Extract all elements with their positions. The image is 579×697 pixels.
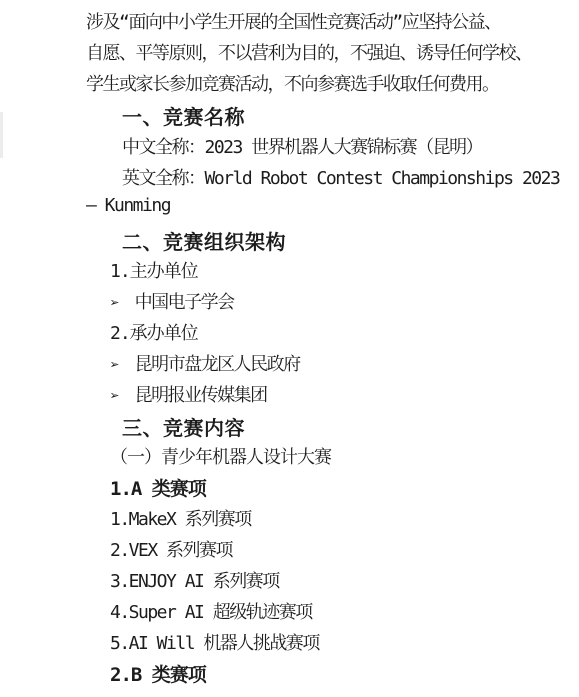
class-b-heading: 2.B 类赛项 [110, 660, 206, 687]
class-a-item: 3.ENJOY AI 系列赛项 [110, 567, 279, 593]
intro-paragraph-line-1: 涉及“面向中小学生开展的全国性竞赛活动”应坚持公益、 [86, 8, 501, 34]
undertaker-item: ➢昆明报业传媒集团 [110, 381, 267, 407]
arrow-bullet-icon: ➢ [110, 355, 120, 374]
class-a-heading: 1.A 类赛项 [110, 474, 206, 501]
scan-edge-artifact [0, 112, 3, 158]
arrow-bullet-icon: ➢ [110, 293, 120, 312]
class-a-item: 1.MakeX 系列赛项 [110, 505, 251, 531]
intro-paragraph-line-2: 自愿、平等原则，不以营利为目的，不强迫、诱导任何学校、 [86, 39, 532, 65]
host-label: 1.主办单位 [110, 257, 198, 283]
english-full-name-continuation: – Kunming [86, 195, 170, 216]
english-full-name: 英文全称：World Robot Contest Championships 2… [122, 164, 559, 190]
section-name-heading: 一、竞赛名称 [122, 101, 245, 130]
document-page: 涉及“面向中小学生开展的全国性竞赛活动”应坚持公益、 自愿、平等原则，不以营利为… [0, 0, 579, 697]
undertaker-item: ➢昆明市盘龙区人民政府 [110, 350, 300, 376]
undertaker-label: 2.承办单位 [110, 319, 198, 345]
host-name: 中国电子学会 [135, 292, 234, 313]
class-a-item: 4.Super AI 超级轨迹赛项 [110, 598, 312, 624]
host-item: ➢中国电子学会 [110, 288, 234, 314]
undertaker-name: 昆明报业传媒集团 [135, 385, 267, 406]
chinese-full-name: 中文全称：2023 世界机器人大赛锦标赛（昆明） [122, 133, 482, 159]
arrow-bullet-icon: ➢ [110, 386, 120, 405]
intro-paragraph-line-3: 学生或家长参加竞赛活动，不向参赛选手收取任何费用。 [86, 70, 499, 96]
class-a-item: 5.AI Will 机器人挑战赛项 [110, 629, 319, 655]
class-a-item: 2.VEX 系列赛项 [110, 536, 232, 562]
section-organization-heading: 二、竞赛组织架构 [122, 226, 286, 255]
subsection-title: （一）青少年机器人设计大赛 [110, 443, 331, 469]
undertaker-name: 昆明市盘龙区人民政府 [135, 354, 300, 375]
section-content-heading: 三、竞赛内容 [122, 412, 245, 441]
